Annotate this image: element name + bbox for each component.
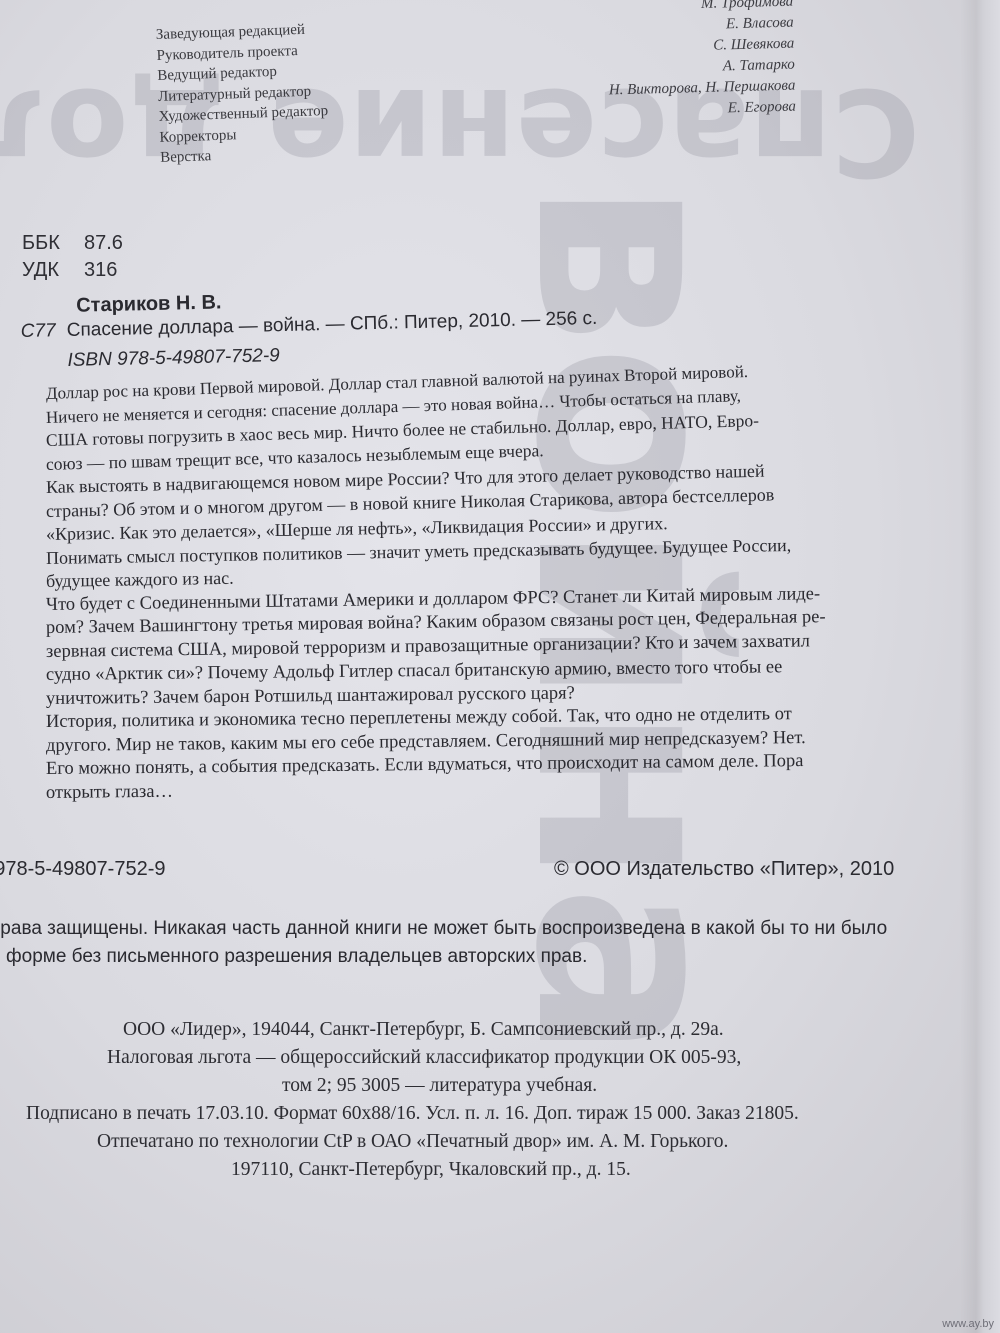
copyright-notice: © ООО Издательство «Питер», 2010 [554,858,894,881]
bbk-value: 87.6 [84,230,123,257]
rights-notice: Все права защищены. Никакая часть данной… [0,915,887,971]
udk-value: 316 [84,257,117,284]
editorial-names: М. Трофимова Е. Власова С. Шевякова А. Т… [607,0,797,122]
book-imprint-page: Спасение доллара война Заведующая редакц… [0,0,1000,1333]
tax-benefit: Налоговая льгота — общероссийский класси… [107,1044,1000,1072]
classification-codes: ББК87.6 УДК316 [22,230,123,284]
rights-line: форме без письменного разрешения владель… [6,943,887,971]
bbk-row: ББК87.6 [22,230,123,257]
tax-benefit-volume: том 2; 95 3005 — литература учебная. [282,1072,1000,1100]
udk-row: УДК316 [22,257,123,284]
printing-details: ООО «Лидер», 194044, Санкт-Петербург, Б.… [0,1016,1000,1184]
printing-house-address: 197110, Санкт-Петербург, Чкаловский пр.,… [231,1156,1000,1184]
rights-line: Все права защищены. Никакая часть данной… [0,915,887,943]
printer-address: ООО «Лидер», 194044, Санкт-Петербург, Б.… [123,1016,1000,1044]
annotation-text: Доллар рос на крови Первой мировой. Долл… [46,382,946,805]
page-edge-shadow [960,0,1000,1333]
editorial-roles: Заведующая редакцией Руководитель проект… [156,19,330,168]
bibliographic-record: Стариков Н. В. С77Спасение доллара — вой… [20,283,598,373]
print-signoff: Подписано в печать 17.03.10. Формат 60х8… [26,1100,1000,1128]
bbk-label: ББК [22,230,84,257]
udk-label: УДК [22,257,84,284]
author-mark: С77 [21,320,67,343]
isbn-footer: ISBN 978-5-49807-752-9 [0,858,165,881]
printing-house: Отпечатано по технологии CtP в ОАО «Печа… [97,1128,1000,1156]
site-watermark: www.ay.by [942,1318,994,1330]
